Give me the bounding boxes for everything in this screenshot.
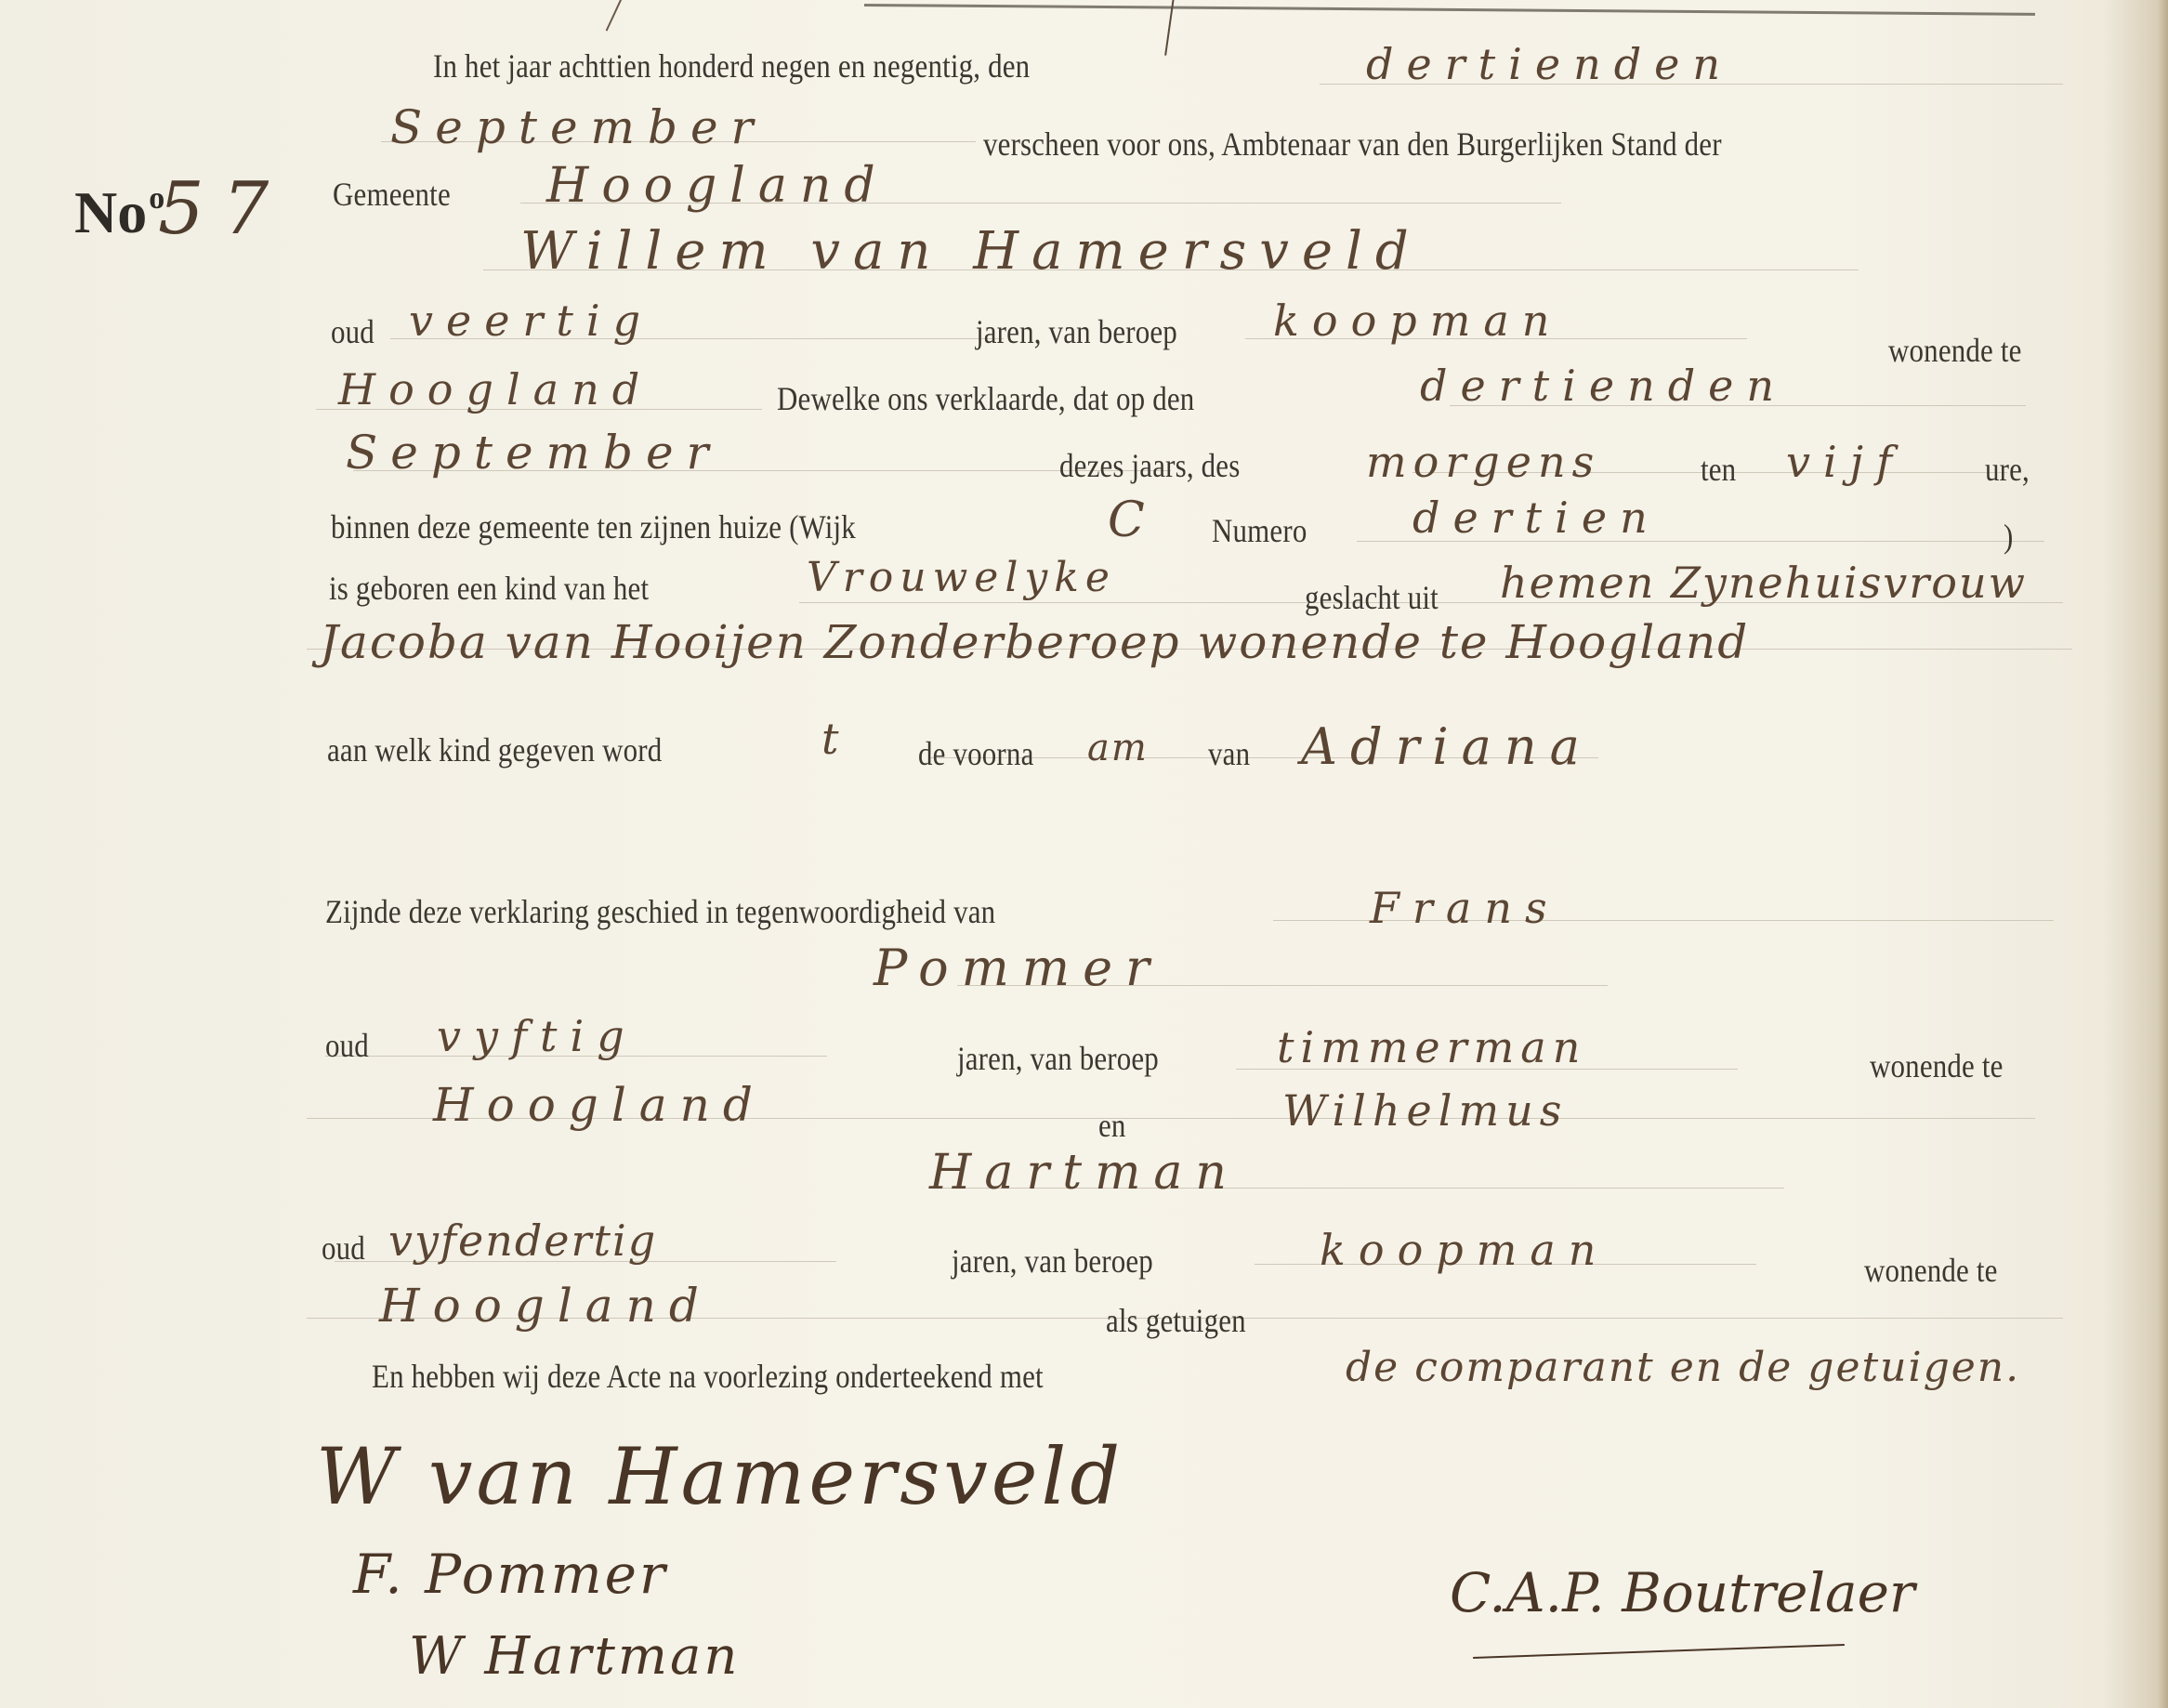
handwritten-witness1-firstname: Frans <box>1370 883 1560 933</box>
closing-parenthesis: ) <box>2004 517 2013 556</box>
handwritten-time-of-day: morgens <box>1366 437 1600 487</box>
handwritten-witness2-surname: Hartman <box>929 1145 1240 1201</box>
handwritten-witness1-surname: Pommer <box>874 939 1163 997</box>
handwritten-witness1-age: vyftig <box>437 1011 637 1061</box>
printed-text: en <box>1098 1106 1126 1145</box>
handwritten-municipality: Hoogland <box>546 158 888 214</box>
printed-text: wonende te <box>1864 1251 1998 1290</box>
top-border-line <box>864 4 2035 16</box>
printed-text: verscheen voor ons, Ambtenaar van den Bu… <box>983 125 1722 164</box>
handwritten-day: dertienden <box>1366 39 1733 89</box>
handwritten-witness1-residence: Hoogland <box>433 1078 766 1132</box>
handwritten-witness2-firstname: Wilhelmus <box>1282 1085 1568 1136</box>
printed-text: Numero <box>1212 511 1307 550</box>
handwritten-t: t <box>821 714 852 764</box>
register-page: Noo 57 In het jaar achttien honderd nege… <box>0 0 2168 1708</box>
handwritten-residence: Hoogland <box>338 364 652 414</box>
signature-witness-1: F. Pommer <box>353 1543 668 1606</box>
handwritten-witness2-occupation: koopman <box>1320 1225 1609 1275</box>
printed-text: jaren, van beroep <box>957 1039 1159 1078</box>
handwritten-birth-month: September <box>346 426 721 480</box>
handwritten-birth-day: dertienden <box>1420 361 1787 411</box>
printed-text: jaren, van beroep <box>952 1242 1153 1281</box>
printed-text: wonende te <box>1870 1046 2004 1085</box>
printed-text: van <box>1208 734 1250 773</box>
printed-text: En hebben wij deze Acte na voorlezing on… <box>372 1357 1044 1396</box>
printed-text: oud <box>322 1228 365 1268</box>
handwritten-month: September <box>390 100 766 154</box>
handwritten-witness2-age: vyfendertig <box>388 1215 657 1266</box>
printed-text: wonende te <box>1888 331 2022 370</box>
handwritten-hour: vijf <box>1786 437 1905 487</box>
printed-text: aan welk kind gegeven word <box>327 730 662 769</box>
handwritten-declarant-name: Willem van Hamersveld <box>520 221 1422 282</box>
printed-text: als getuigen <box>1106 1301 1246 1340</box>
handwritten-age: veertig <box>409 296 653 346</box>
signature-witness-2: W Hartman <box>409 1626 740 1687</box>
handwritten-occupation: koopman <box>1273 296 1562 346</box>
handwritten-sex: Vrouwelyke <box>807 554 1116 601</box>
handwritten-wijk: C <box>1108 493 1158 548</box>
handwritten-mother-relation: hemen Zynehuisvrouw <box>1500 558 2027 608</box>
printed-text: Dewelke ons verklaarde, dat op den <box>777 379 1194 418</box>
printed-text: dezes jaars, des <box>1059 446 1240 485</box>
handwritten-child-name: Adriana <box>1301 717 1593 776</box>
record-number-label: Noo <box>74 178 164 247</box>
record-number-value: 57 <box>158 167 287 251</box>
handwritten-am: am <box>1087 727 1149 769</box>
printed-text: geslacht uit <box>1305 578 1439 617</box>
printed-text: Zijnde deze verklaring geschied in tegen… <box>325 892 995 931</box>
printed-text: In het jaar achttien honderd negen en ne… <box>433 46 1030 85</box>
handwritten-mother-details: Jacoba van Hooijen Zonderberoep wonende … <box>320 615 1749 669</box>
printed-text: Gemeente <box>333 175 451 214</box>
handwritten-signing-parties: de comparant en de getuigen. <box>1346 1344 2020 1391</box>
printed-text: jaren, van beroep <box>976 312 1177 351</box>
signature-registrar: C.A.P. Boutrelaer <box>1450 1561 1915 1624</box>
handwritten-witness1-occupation: timmerman <box>1277 1022 1586 1072</box>
signature-declarant: W van Hamersveld <box>316 1431 1123 1522</box>
printed-text: oud <box>325 1026 369 1065</box>
pen-stroke <box>606 0 624 32</box>
printed-text: is geboren een kind van het <box>329 569 649 608</box>
printed-text: binnen deze gemeente ten zijnen huize (W… <box>331 507 856 546</box>
signature-underline <box>1473 1644 1845 1659</box>
printed-text: oud <box>331 312 374 351</box>
handwritten-witness2-residence: Hoogland <box>379 1279 712 1333</box>
printed-text: ten <box>1701 450 1736 489</box>
printed-text: de voorna <box>918 734 1033 773</box>
printed-text: ure, <box>1985 450 2030 489</box>
handwritten-house-number: dertien <box>1412 493 1661 543</box>
